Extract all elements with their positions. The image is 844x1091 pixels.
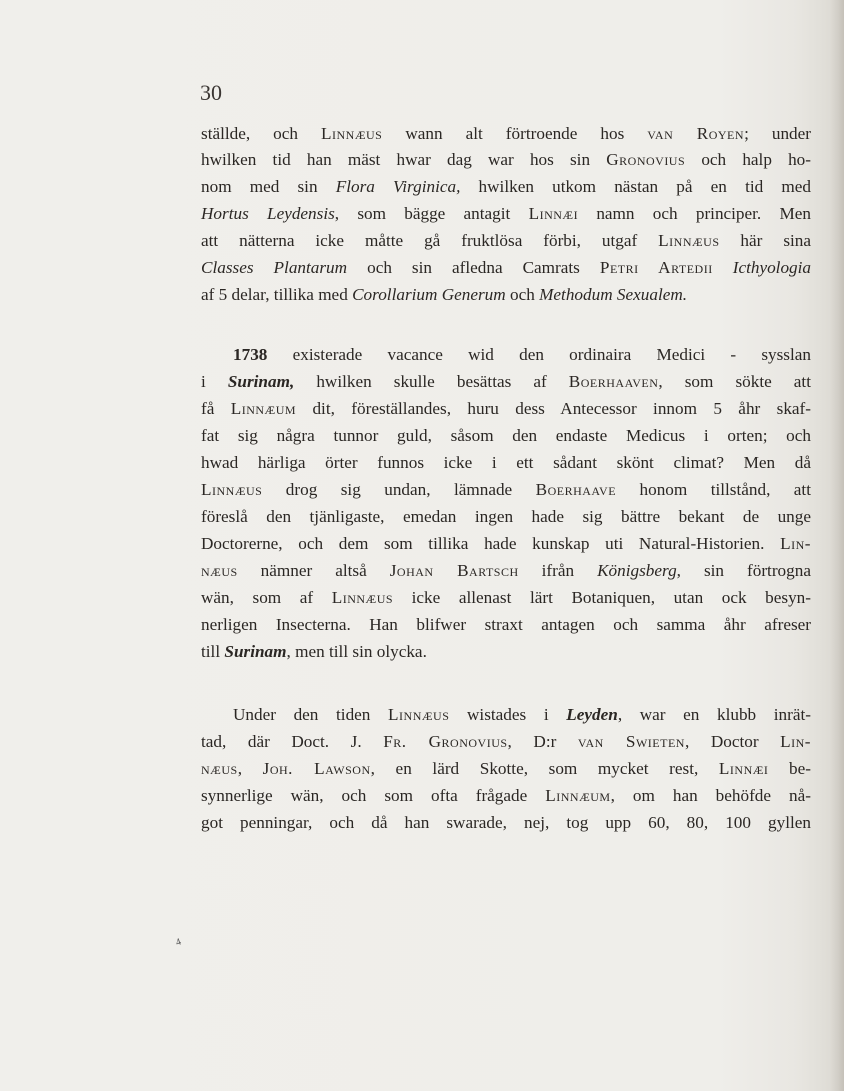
text-line: ställde, och Linnæus wann alt förtroende… bbox=[201, 122, 811, 146]
text-line: wän, som af Linnæus icke allenast lärt B… bbox=[201, 586, 811, 610]
stray-ink-mark: 4 bbox=[174, 936, 182, 948]
text-line: got penningar, och då han swarade, nej, … bbox=[201, 811, 811, 835]
text-line: nom med sin Flora Virginica, hwilken utk… bbox=[201, 175, 811, 199]
text-line: att nätterna icke måtte gå fruktlösa för… bbox=[201, 229, 811, 253]
text-line: Hortus Leydensis, som bägge antagit Linn… bbox=[201, 202, 811, 226]
text-line: Linnæus drog sig undan, lämnade Boerhaav… bbox=[201, 478, 811, 502]
book-page: 30 ställde, och Linnæus wann alt förtroe… bbox=[0, 0, 844, 1091]
text-line: Doctorerne, och dem som tillika hade kun… bbox=[201, 532, 811, 556]
text-line: i Surinam, hwilken skulle besättas af Bo… bbox=[201, 370, 811, 394]
text-line: næus, Joh. Lawson, en lärd Skotte, som m… bbox=[201, 757, 811, 781]
text-line: fat sig några tunnor guld, såsom den end… bbox=[201, 424, 811, 448]
text-line: till Surinam, men till sin olycka. bbox=[201, 640, 811, 664]
text-line: Under den tiden Linnæus wistades i Leyde… bbox=[233, 703, 811, 727]
page-edge-shadow bbox=[830, 0, 844, 1091]
text-line: hwilken tid han mäst hwar dag war hos si… bbox=[201, 148, 811, 172]
text-line: Classes Plantarum och sin afledna Camrat… bbox=[201, 256, 811, 280]
page-number: 30 bbox=[200, 80, 222, 106]
text-line: föreslå den tjänligaste, emedan ingen ha… bbox=[201, 505, 811, 529]
text-line: af 5 delar, tillika med Corollarium Gene… bbox=[201, 283, 811, 307]
text-line: 1738 existerade vacance wid den ordinair… bbox=[233, 343, 811, 367]
text-line: få Linnæum dit, föreställandes, huru des… bbox=[201, 397, 811, 421]
text-line: synnerlige wän, och som ofta frågade Lin… bbox=[201, 784, 811, 808]
text-line: næus nämner altså Johan Bartsch ifrån Kö… bbox=[201, 559, 811, 583]
text-line: hwad härliga örter funnos icke i ett såd… bbox=[201, 451, 811, 475]
text-line: nerligen Insecterna. Han blifwer straxt … bbox=[201, 613, 811, 637]
text-line: tad, där Doct. J. Fr. Gronovius, D:r van… bbox=[201, 730, 811, 754]
